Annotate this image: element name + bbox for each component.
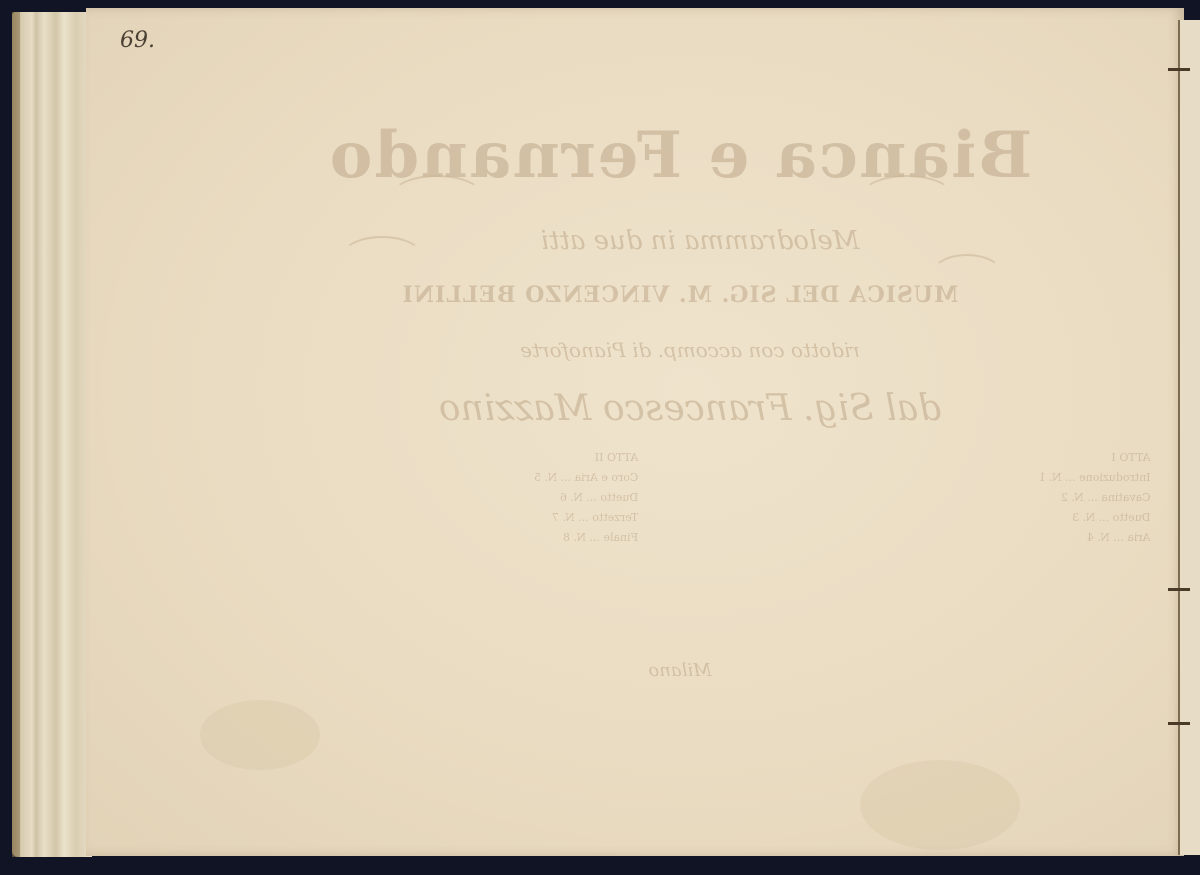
- cast-line: Coro e Aria ... N. 5: [129, 468, 638, 488]
- cast-column-right: ATTO II Coro e Aria ... N. 5 Duetto ... …: [129, 448, 638, 548]
- paper-stain: [200, 700, 320, 770]
- decorative-swash: [340, 236, 424, 280]
- decorative-swash: [860, 175, 954, 219]
- cast-line: Introduzione ... N. 1: [642, 468, 1151, 488]
- decorative-swash: [390, 175, 484, 219]
- binding-stitch: [1168, 68, 1190, 71]
- cast-line: Cavatina ... N. 2: [642, 488, 1151, 508]
- cast-line: Terzetto ... N. 7: [129, 508, 638, 528]
- cast-line: Duetto ... N. 3: [642, 508, 1151, 528]
- bleed-subtitle-3: ridotto con accomp. di Pianoforte: [420, 338, 960, 362]
- paper-stain: [860, 760, 1020, 850]
- cast-line: Aria ... N. 4: [642, 528, 1151, 548]
- cast-column-left: ATTO I Introduzione ... N. 1 Cavatina ..…: [642, 448, 1151, 548]
- bleed-subtitle-1: Melodramma in due atti: [480, 226, 920, 256]
- adjacent-page-edge: [1178, 20, 1200, 855]
- cast-line: Finale ... N. 8: [129, 528, 638, 548]
- cast-line: ATTO II: [129, 448, 638, 468]
- binding-stitch: [1168, 588, 1190, 591]
- page-edges-stack: [12, 12, 92, 857]
- handwritten-folio-number: 69.: [120, 28, 155, 53]
- cast-line: Duetto ... N. 6: [129, 488, 638, 508]
- bleed-publisher: Milano: [580, 660, 780, 681]
- cast-line: ATTO I: [642, 448, 1151, 468]
- binding-stitch: [1168, 722, 1190, 725]
- bleed-cast-list: ATTO I Introduzione ... N. 1 Cavatina ..…: [110, 448, 1170, 608]
- bleed-subtitle-2: MUSICA DEL SIG. M. VINCENZO BELLINI: [330, 282, 1030, 308]
- bleed-subtitle-4: dal Sig. Francesco Mazzino: [400, 388, 980, 429]
